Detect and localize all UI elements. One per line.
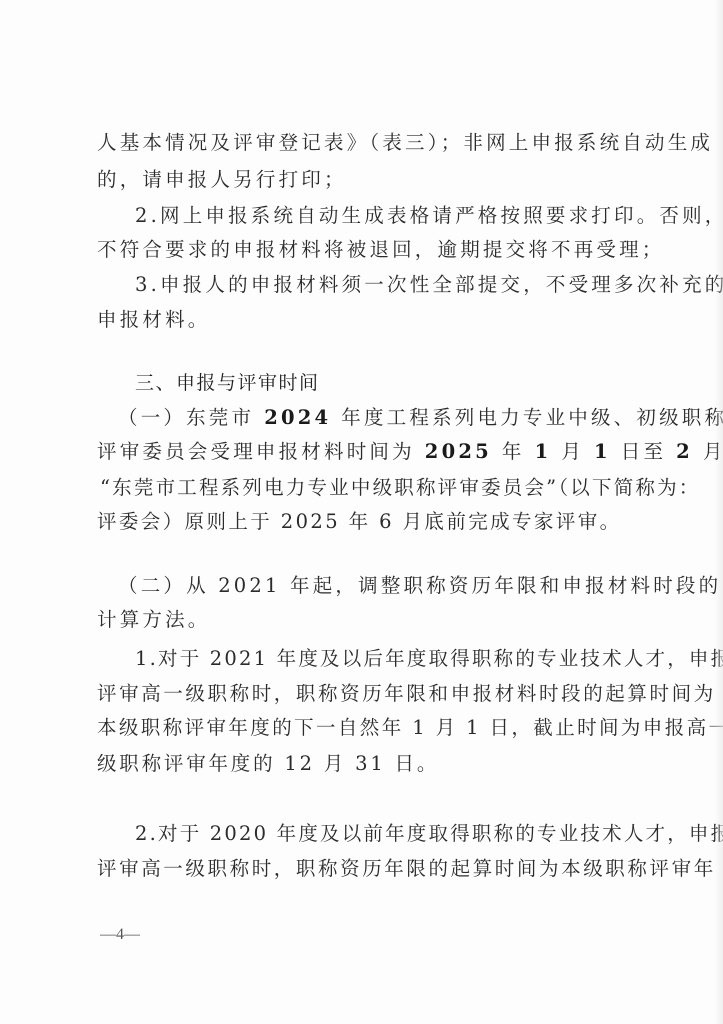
item-1-line-2: 评审高一级职称时，职称资历年限和申报材料时段的起算时间为 xyxy=(97,681,637,707)
subsection-1-line-1: （一）东莞市 2024 年度工程系列电力专业中级、初级职称 xyxy=(118,405,658,431)
subsection-1-line-4: 评委会）原则上于 2025 年 6 月底前完成专家评审。 xyxy=(97,509,637,535)
item-1-line-4: 级职称评审年度的 12 月 31 日。 xyxy=(97,751,637,777)
date-bold: 1 xyxy=(525,440,562,463)
text: 年度工程系列电力专业中级、初级职称 xyxy=(341,406,723,429)
page-edge xyxy=(715,0,723,1024)
paragraph-line: 不符合要求的申报材料将被退回，逾期提交将不再受理； xyxy=(97,237,637,263)
paragraph-line: 的，请申报人另行打印； xyxy=(97,167,637,193)
subsection-1-line-2: 评审委员会受理申报材料时间为 2025 年 1 月 1 日至 2 月 28 日。 xyxy=(97,439,637,465)
text: 评审委员会受理申报材料时间为 xyxy=(97,440,415,463)
item-2-line-1: 2.对于 2020 年度及以前年度取得职称的专业技术人才，申报 xyxy=(135,821,675,847)
item-1-line-3: 本级职称评审年度的下一自然年 1 月 1 日，截止时间为申报高一 xyxy=(97,715,637,741)
date-bold: 1 xyxy=(584,440,621,463)
list-item-2: 2.网上申报系统自动生成表格请严格按照要求打印。否则， xyxy=(135,203,675,229)
text: （一）东莞市 xyxy=(118,406,254,429)
paragraph-line: 人基本情况及评审登记表》（表三）；非网上申报系统自动生成 xyxy=(97,130,637,156)
subsection-2-line-1: （二）从 2021 年起，调整职称资历年限和申报材料时段的 xyxy=(118,573,658,599)
text: 年 xyxy=(502,440,525,463)
section-heading: 三、申报与评审时间 xyxy=(135,370,675,396)
paragraph-line: 申报材料。 xyxy=(97,307,637,333)
date-bold: 2025 xyxy=(415,440,502,463)
item-1-line-1: 1.对于 2021 年度及以后年度取得职称的专业技术人才，申报 xyxy=(135,646,675,672)
subsection-1-line-3: “东莞市工程系列电力专业中级职称评审委员会”（以下简称为： xyxy=(100,475,640,501)
date-bold: 2 xyxy=(666,440,703,463)
text: 月 xyxy=(561,440,584,463)
document-page: 人基本情况及评审登记表》（表三）；非网上申报系统自动生成 的，请申报人另行打印；… xyxy=(0,0,723,1024)
text: 日至 xyxy=(621,440,666,463)
year-bold: 2024 xyxy=(254,406,341,429)
item-2-line-2: 评审高一级职称时，职称资历年限的起算时间为本级职称评审年 xyxy=(97,856,637,882)
subsection-2-line-2: 计算方法。 xyxy=(97,607,637,633)
page-number: —4— xyxy=(100,926,140,944)
list-item-3: 3.申报人的申报材料须一次性全部提交，不受理多次补充的 xyxy=(135,272,675,298)
